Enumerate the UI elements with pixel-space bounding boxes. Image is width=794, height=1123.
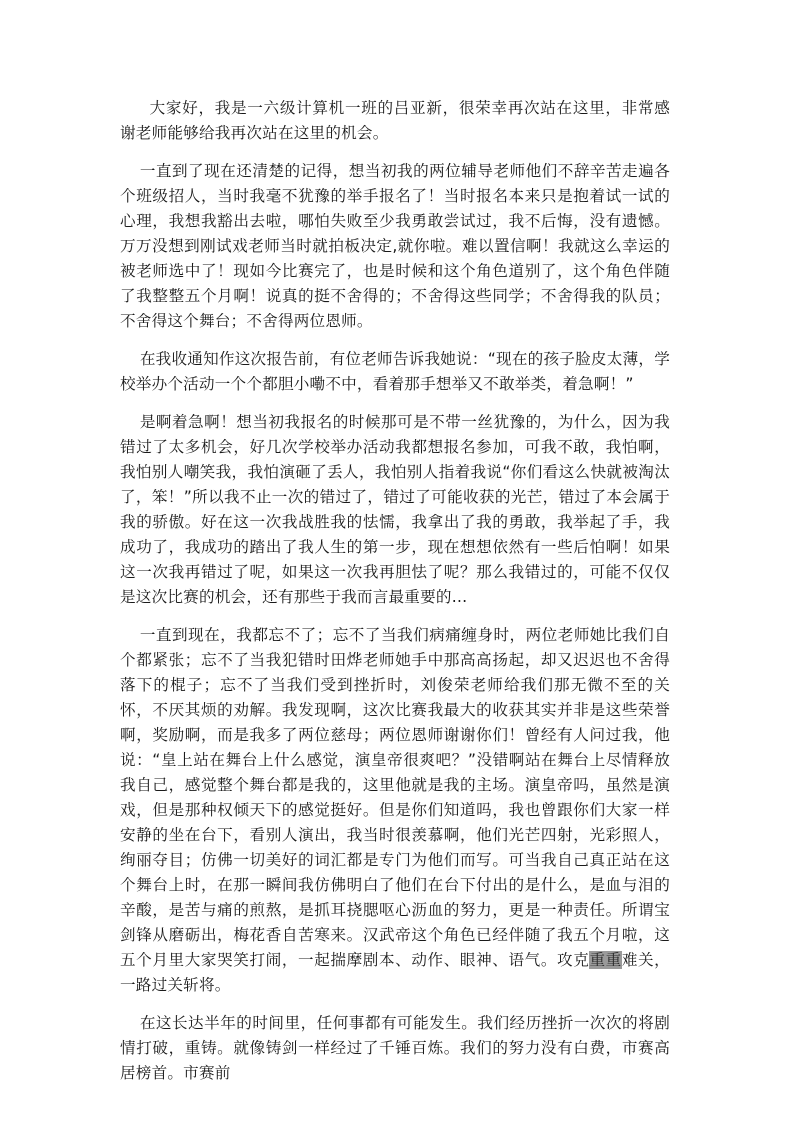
- paragraph-half-year: 在这长达半年的时间里，任何事都有可能发生。我们经历挫折一次次的将剧情打破，重铸。…: [120, 1011, 670, 1086]
- paragraph-recollection: 一直到了现在还清楚的记得，想当初我的两位辅导老师他们不辞辛苦走遍各个班级招人，当…: [120, 159, 670, 334]
- paragraph-teacher-quote: 在我收通知作这次报告前，有位老师告诉我她说：“现在的孩子脸皮太薄，学校举办个活动…: [120, 347, 670, 397]
- paragraph-gratitude-text: 一直到现在，我都忘不了；忘不了当我们病痛缠身时，两位老师她比我们自个都紧张；忘不…: [120, 626, 670, 969]
- paragraph-gratitude: 一直到现在，我都忘不了；忘不了当我们病痛缠身时，两位老师她比我们自个都紧张；忘不…: [120, 623, 670, 998]
- document-page: 大家好，我是一六级计算机一班的吕亚新，很荣幸再次站在这里，非常感谢老师能够给我再…: [120, 96, 670, 1099]
- paragraph-greeting: 大家好，我是一六级计算机一班的吕亚新，很荣幸再次站在这里，非常感谢老师能够给我再…: [120, 96, 670, 146]
- highlighted-text: 重重: [589, 951, 621, 969]
- paragraph-missed-chances: 是啊着急啊！想当初我报名的时候那可是不带一丝犹豫的，为什么，因为我错过了太多机会…: [120, 410, 670, 610]
